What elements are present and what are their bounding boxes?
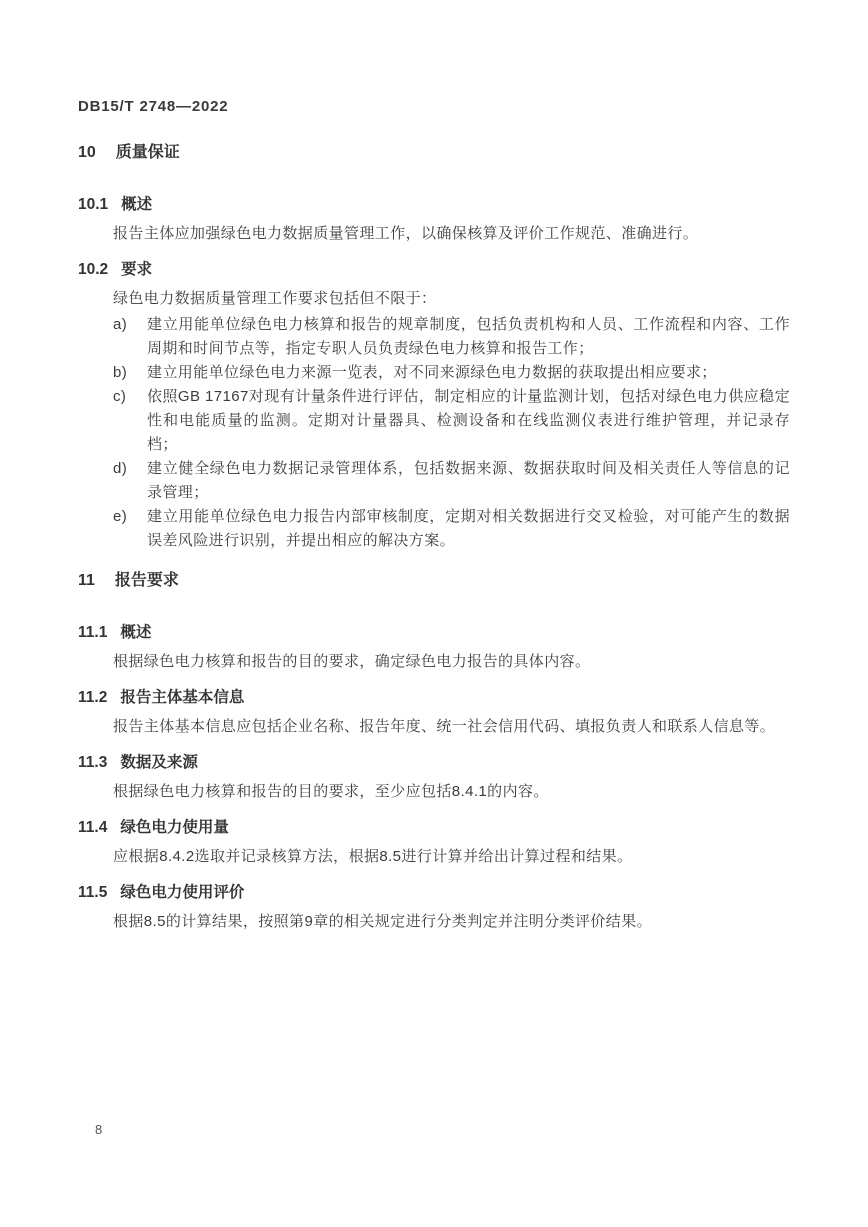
list-item-d-text: 建立健全绿色电力数据记录管理体系，包括数据来源、数据获取时间及相关责任人等信息的… bbox=[147, 457, 790, 505]
list-item-c-label: c) bbox=[113, 385, 147, 409]
subsection-11-2-title: 报告主体基本信息 bbox=[120, 689, 244, 706]
subsection-11-3-title: 数据及来源 bbox=[120, 754, 198, 771]
subsection-11-2-paragraph: 报告主体基本信息应包括企业名称、报告年度、统一社会信用代码、填报负责人和联系人信… bbox=[78, 715, 790, 739]
subsection-10-1-paragraph: 报告主体应加强绿色电力数据质量管理工作，以确保核算及评价工作规范、准确进行。 bbox=[78, 222, 790, 246]
section-11-number: 11 bbox=[78, 572, 95, 589]
section-11-heading: 11报告要求 bbox=[78, 571, 790, 590]
subsection-11-3-number: 11.3 bbox=[78, 754, 107, 771]
list-item-b-text: 建立用能单位绿色电力来源一览表，对不同来源绿色电力数据的获取提出相应要求； bbox=[147, 361, 790, 385]
subsection-11-4-number: 11.4 bbox=[78, 819, 107, 836]
subsection-11-4-title: 绿色电力使用量 bbox=[120, 819, 229, 836]
subsection-11-3-paragraph: 根据绿色电力核算和报告的目的要求，至少应包括8.4.1的内容。 bbox=[78, 780, 790, 804]
list-item-c: c) 依照GB 17167对现有计量条件进行评估，制定相应的计量监测计划，包括对… bbox=[113, 385, 790, 457]
subsection-11-2-number: 11.2 bbox=[78, 689, 107, 706]
subsection-11-3-heading: 11.3数据及来源 bbox=[78, 753, 790, 772]
subsection-11-5-paragraph: 根据8.5的计算结果，按照第9章的相关规定进行分类判定并注明分类评价结果。 bbox=[78, 910, 790, 934]
section-10-title: 质量保证 bbox=[116, 144, 180, 161]
list-item-d: d) 建立健全绿色电力数据记录管理体系，包括数据来源、数据获取时间及相关责任人等… bbox=[113, 457, 790, 505]
subsection-11-4-paragraph: 应根据8.4.2选取并记录核算方法，根据8.5进行计算并给出计算过程和结果。 bbox=[78, 845, 790, 869]
list-item-e: e) 建立用能单位绿色电力报告内部审核制度，定期对相关数据进行交叉检验，对可能产… bbox=[113, 505, 790, 553]
list-item-e-text: 建立用能单位绿色电力报告内部审核制度，定期对相关数据进行交叉检验，对可能产生的数… bbox=[147, 505, 790, 553]
subsection-11-2-heading: 11.2报告主体基本信息 bbox=[78, 688, 790, 707]
subsection-11-1-title: 概述 bbox=[120, 624, 151, 641]
list-item-e-label: e) bbox=[113, 505, 147, 529]
document-page: DB15/T 2748—2022 10质量保证 10.1概述 报告主体应加强绿色… bbox=[0, 0, 868, 1227]
list-item-d-label: d) bbox=[113, 457, 147, 481]
subsection-10-1-number: 10.1 bbox=[78, 196, 108, 213]
subsection-10-1-title: 概述 bbox=[121, 196, 152, 213]
list-item-a: a) 建立用能单位绿色电力核算和报告的规章制度，包括负责机构和人员、工作流程和内… bbox=[113, 313, 790, 361]
section-quality-assurance: 10质量保证 10.1概述 报告主体应加强绿色电力数据质量管理工作，以确保核算及… bbox=[78, 143, 790, 553]
subsection-11-5-number: 11.5 bbox=[78, 884, 107, 901]
subsection-10-2-paragraph: 绿色电力数据质量管理工作要求包括但不限于： bbox=[78, 287, 790, 311]
list-item-c-text: 依照GB 17167对现有计量条件进行评估，制定相应的计量监测计划，包括对绿色电… bbox=[147, 385, 790, 457]
document-header: DB15/T 2748—2022 bbox=[78, 98, 790, 116]
subsection-11-4-heading: 11.4绿色电力使用量 bbox=[78, 818, 790, 837]
list-item-b-label: b) bbox=[113, 361, 147, 385]
subsection-11-1-paragraph: 根据绿色电力核算和报告的目的要求，确定绿色电力报告的具体内容。 bbox=[78, 650, 790, 674]
requirements-list: a) 建立用能单位绿色电力核算和报告的规章制度，包括负责机构和人员、工作流程和内… bbox=[78, 313, 790, 553]
subsection-10-2-heading: 10.2要求 bbox=[78, 260, 790, 279]
section-10-heading: 10质量保证 bbox=[78, 143, 790, 162]
subsection-11-1-heading: 11.1概述 bbox=[78, 623, 790, 642]
section-11-title: 报告要求 bbox=[115, 572, 179, 589]
subsection-10-2-number: 10.2 bbox=[78, 261, 108, 278]
subsection-10-1-heading: 10.1概述 bbox=[78, 195, 790, 214]
list-item-a-text: 建立用能单位绿色电力核算和报告的规章制度，包括负责机构和人员、工作流程和内容、工… bbox=[147, 313, 790, 361]
subsection-11-5-heading: 11.5绿色电力使用评价 bbox=[78, 883, 790, 902]
subsection-11-5-title: 绿色电力使用评价 bbox=[120, 884, 244, 901]
section-10-number: 10 bbox=[78, 144, 96, 161]
list-item-a-label: a) bbox=[113, 313, 147, 337]
subsection-11-1-number: 11.1 bbox=[78, 624, 107, 641]
list-item-b: b) 建立用能单位绿色电力来源一览表，对不同来源绿色电力数据的获取提出相应要求； bbox=[113, 361, 790, 385]
section-report-requirements: 11报告要求 11.1概述 根据绿色电力核算和报告的目的要求，确定绿色电力报告的… bbox=[78, 571, 790, 934]
page-number: 8 bbox=[95, 1122, 102, 1137]
page-content: DB15/T 2748—2022 10质量保证 10.1概述 报告主体应加强绿色… bbox=[0, 0, 868, 934]
subsection-10-2-title: 要求 bbox=[121, 261, 152, 278]
